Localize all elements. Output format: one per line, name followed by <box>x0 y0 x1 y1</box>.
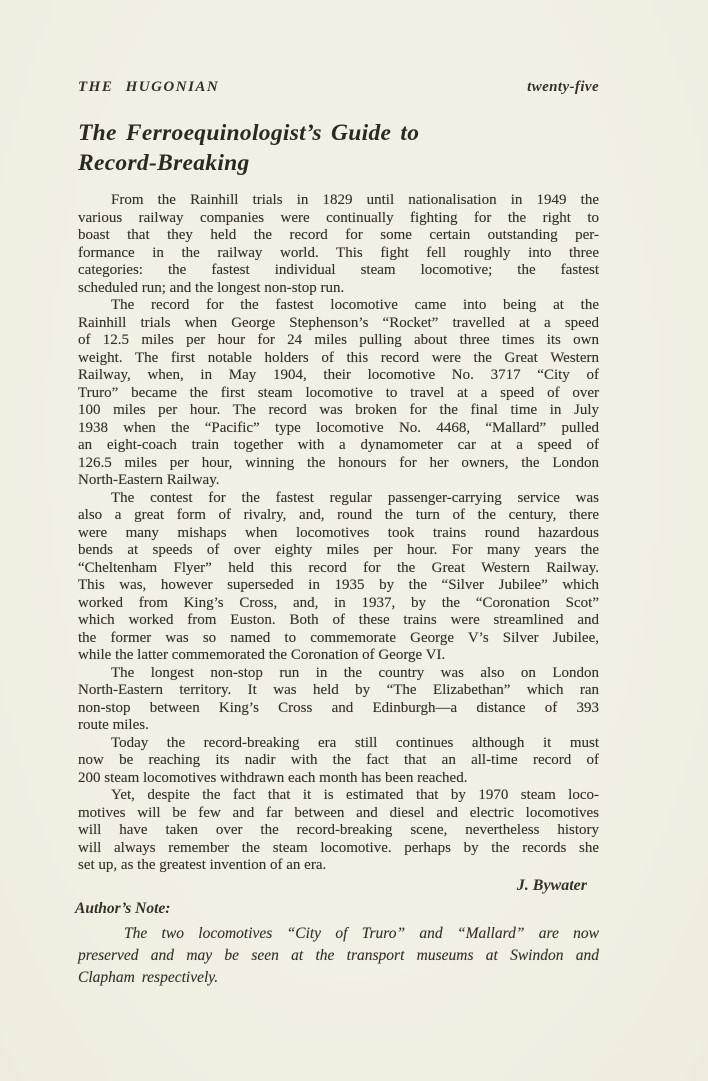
text-line: of 12.5 miles per hour for 24 miles pull… <box>78 332 599 350</box>
text-line: Truro” became the first steam locomotive… <box>78 385 599 403</box>
paragraph: Today the record-breaking era still cont… <box>78 735 599 788</box>
article-title-line2: Record-Breaking <box>78 148 599 178</box>
article-title: The Ferroequinologist’s Guide to Record-… <box>78 118 599 178</box>
article-title-line1: The Ferroequinologist’s Guide to <box>78 118 599 148</box>
text-line: 1938 when the “Pacific” type locomotive … <box>78 420 599 438</box>
authors-note-heading: Author’s Note: <box>75 899 599 919</box>
paragraph: Yet, despite the fact that it is estimat… <box>78 787 599 875</box>
text-line: bends at speeds of over eighty miles per… <box>78 542 599 560</box>
text-line: non-stop between King’s Cross and Edinbu… <box>78 700 599 718</box>
text-line: the former was so named to commemorate G… <box>78 630 599 648</box>
text-line: motives will be few and far between and … <box>78 805 599 823</box>
page-column: THE HUGONIAN twenty-five The Ferroequino… <box>78 78 599 989</box>
paragraph: From the Rainhill trials in 1829 until n… <box>78 192 599 297</box>
text-line: set up, as the greatest invention of an … <box>78 857 599 875</box>
text-line: Clapham respectively. <box>78 967 599 989</box>
text-line: were many mishaps when locomotives took … <box>78 525 599 543</box>
text-line: weight. The first notable holders of thi… <box>78 350 599 368</box>
paragraph: The longest non-stop run in the country … <box>78 665 599 735</box>
text-line: categories: the fastest individual steam… <box>78 262 599 280</box>
page-number: twenty-five <box>527 78 599 96</box>
paragraph: The contest for the fastest regular pass… <box>78 490 599 665</box>
text-line: Today the record-breaking era still cont… <box>78 735 599 753</box>
text-line: The record for the fastest locomotive ca… <box>78 297 599 315</box>
text-line: The contest for the fastest regular pass… <box>78 490 599 508</box>
text-line: This was, however superseded in 1935 by … <box>78 577 599 595</box>
text-line: route miles. <box>78 717 599 735</box>
text-line: The longest non-stop run in the country … <box>78 665 599 683</box>
paragraph: The record for the fastest locomotive ca… <box>78 297 599 490</box>
text-line: 100 miles per hour. The record was broke… <box>78 402 599 420</box>
author-signature: J. Bywater <box>78 876 599 896</box>
text-line: also a great form of rivalry, and, round… <box>78 507 599 525</box>
text-line: will have taken over the record-breaking… <box>78 822 599 840</box>
text-line: Yet, despite the fact that it is estimat… <box>78 787 599 805</box>
text-line: Railway, when, in May 1904, their locomo… <box>78 367 599 385</box>
text-line: The two locomotives “City of Truro” and … <box>78 923 599 945</box>
text-line: various railway companies were continual… <box>78 210 599 228</box>
text-line: Rainhill trials when George Stephenson’s… <box>78 315 599 333</box>
text-line: formance in the railway world. This figh… <box>78 245 599 263</box>
running-header: THE HUGONIAN twenty-five <box>78 78 599 96</box>
text-line: From the Rainhill trials in 1829 until n… <box>78 192 599 210</box>
text-line: which worked from Euston. Both of these … <box>78 612 599 630</box>
authors-note-body: The two locomotives “City of Truro” and … <box>78 923 599 989</box>
text-line: scheduled run; and the longest non-stop … <box>78 280 599 298</box>
text-line: North-Eastern Railway. <box>78 472 599 490</box>
text-line: 200 steam locomotives withdrawn each mon… <box>78 770 599 788</box>
journal-title: THE HUGONIAN <box>78 78 219 96</box>
text-line: while the latter commemorated the Corona… <box>78 647 599 665</box>
article-body: From the Rainhill trials in 1829 until n… <box>78 192 599 875</box>
text-line: boast that they held the record for some… <box>78 227 599 245</box>
text-line: North-Eastern territory. It was held by … <box>78 682 599 700</box>
text-line: 126.5 miles per hour, winning the honour… <box>78 455 599 473</box>
text-line: now be reaching its nadir with the fact … <box>78 752 599 770</box>
text-line: worked from King’s Cross, and, in 1937, … <box>78 595 599 613</box>
text-line: preserved and may be seen at the transpo… <box>78 945 599 967</box>
text-line: an eight-coach train together with a dyn… <box>78 437 599 455</box>
text-line: will always remember the steam locomotiv… <box>78 840 599 858</box>
text-line: “Cheltenham Flyer” held this record for … <box>78 560 599 578</box>
